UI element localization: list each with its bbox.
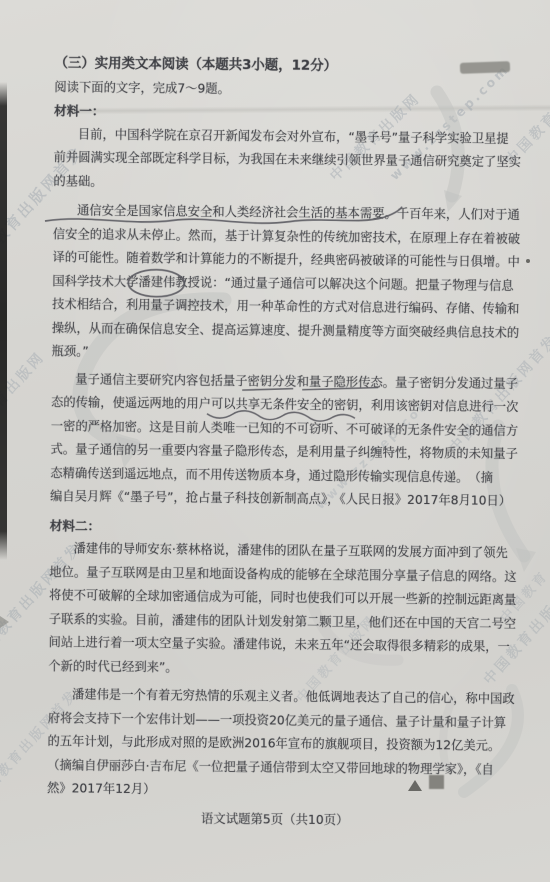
scanned-exam-page: 中国教育出版网首发中国教育出版网中国教育出版网首发中国教育出版网首发中国教育出版… [0,0,550,882]
text-line: 编自吴月辉《“墨子号”，抢占量子科技创新制高点》，《人民日报》2017年8月10… [50,485,506,513]
scan-edge-mark [0,616,9,628]
scan-smudge [408,780,422,791]
material2-paragraph1: 潘建伟的导师安东·蔡林格说，潘建伟的团队在量子互联网的发展方面冲到了领先地位。量… [48,537,505,683]
text-line: 的基础。 [53,170,509,198]
material1-paragraph3: 量子通信主要研究内容包括量子密钥分发和量子隐形传态。量子密钥分发通过量子态的传输… [50,368,507,514]
material1-paragraph1: 目前，中国科学院在京召开新闻发布会对外宣布，“墨子号”量子科学实验卫星提前并圆满… [53,123,510,198]
scan-smudge [460,61,510,74]
material1-paragraph2: 通信安全是国家信息安全和人类经济社会生活的基本需要。千百年来，人们对于通信安全的… [51,199,509,368]
reading-instruction: 阅读下面的文字，完成7～9题。 [54,76,510,104]
text-line: 瓶颈。” [51,340,507,368]
text-line: 前并圆满实现全部既定科学目标，为我国在未来继续引领世界量子通信研究奠定了坚实 [54,146,510,174]
text-line: 操纵，从而在确保信息安全、提高运算速度、提升测量精度等方面突破经典信息技术的 [52,317,508,345]
scan-edge-shadow [0,82,7,560]
scan-smudge [429,775,444,789]
material2-paragraph2: 潘建伟是一个有着无穷热情的乐观主义者。他低调地表达了自己的信心，称中国政府将会支… [47,683,504,758]
scan-dot [526,259,530,263]
text-line: 个新的时代已经到来”。 [48,655,504,683]
page-footer: 语文试题第5页（共10页） [47,805,503,833]
page-content: （三）实用类文本阅读（本题共3小题，12分） 阅读下面的文字，完成7～9题。 材… [0,0,550,882]
